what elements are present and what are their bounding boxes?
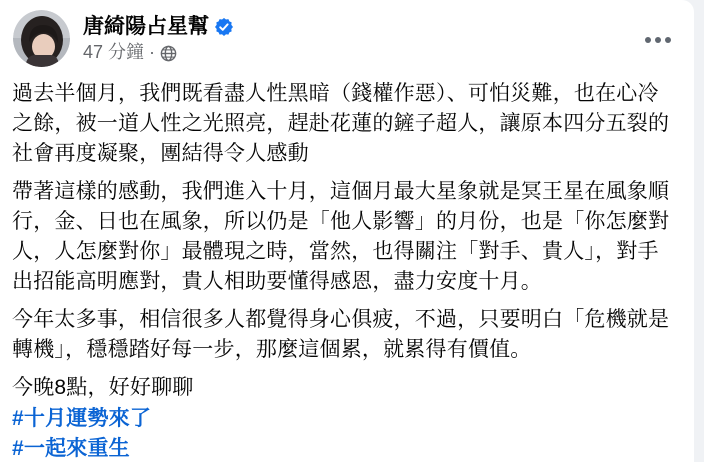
- meta-separator: ·: [149, 43, 155, 63]
- hashtag-link[interactable]: #一起來重生: [12, 434, 672, 462]
- post-menu-button[interactable]: [638, 26, 678, 54]
- globe-public-icon: [160, 45, 177, 62]
- verified-badge-icon: [215, 18, 233, 36]
- post-body: 過去半個月，我們既看盡人性黑暗（錢權作惡）、可怕災難，也在心冷之餘，被一道人性之…: [0, 67, 694, 462]
- name-row: 唐綺陽占星幫: [83, 15, 233, 39]
- ellipsis-icon: [665, 37, 671, 43]
- post-paragraph: 今年太多事，相信很多人都覺得身心俱疲，不過，只要明白「危機就是轉機」，穩穩踏好每…: [12, 305, 672, 365]
- header-text: 唐綺陽占星幫 47 分鐘 ·: [83, 10, 233, 63]
- post-header: 唐綺陽占星幫 47 分鐘 ·: [0, 0, 694, 67]
- facebook-post-card: 唐綺陽占星幫 47 分鐘 ·: [0, 0, 694, 462]
- post-paragraph: 帶著這樣的感動，我們進入十月，這個月最大星象就是冥王星在風象順行，金、日也在風象…: [12, 177, 672, 297]
- ellipsis-icon: [655, 37, 661, 43]
- post-paragraph: 今晚8點，好好聊聊: [12, 373, 672, 403]
- ellipsis-icon: [645, 37, 651, 43]
- avatar[interactable]: [13, 10, 70, 67]
- meta-row: 47 分鐘 ·: [83, 43, 233, 63]
- timestamp-link[interactable]: 47 分鐘: [83, 43, 144, 63]
- hashtag-link[interactable]: #十月運勢來了: [12, 404, 672, 434]
- avatar-portrait: [13, 10, 70, 67]
- post-paragraph: 過去半個月，我們既看盡人性黑暗（錢權作惡）、可怕災難，也在心冷之餘，被一道人性之…: [12, 79, 672, 169]
- page-name-link[interactable]: 唐綺陽占星幫: [83, 15, 209, 39]
